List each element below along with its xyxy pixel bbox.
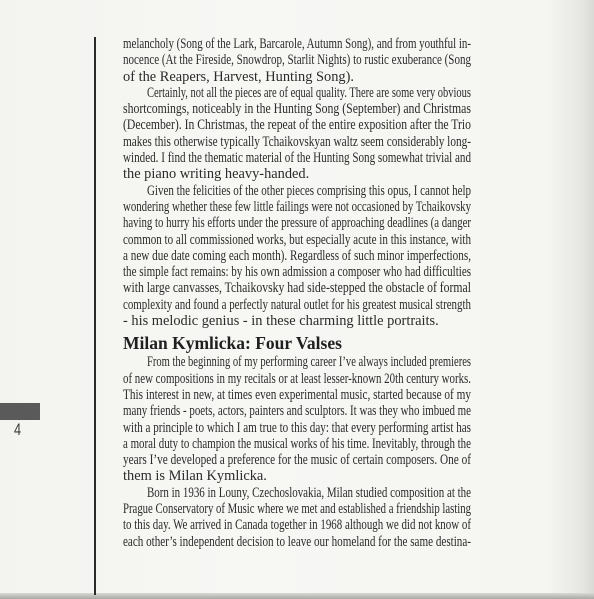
text-line: to this day. We arrived in Canada togeth… xyxy=(123,517,471,533)
text-line: of new compositions in my recitals or at… xyxy=(123,371,471,387)
section-heading: Milan Kymlicka: Four Valses xyxy=(123,333,471,353)
text-line: years I’ve developed a preference for th… xyxy=(123,452,471,468)
paragraph: From the beginning of my performing care… xyxy=(123,354,471,484)
paragraph: melancholy (Song of the Lark, Barcarole,… xyxy=(123,36,471,85)
text-line: makes this otherwise typically Tchaikovs… xyxy=(123,134,471,150)
page-bottom-shadow xyxy=(0,593,594,599)
text-line: - his melodic genius - in these charming… xyxy=(123,313,471,329)
text-line: having to hurry his efforts under the pr… xyxy=(123,215,471,231)
text-line: winded. I find the thematic material of … xyxy=(123,150,471,166)
text-line: common to all commissioned works, but es… xyxy=(123,232,471,248)
text-line: From the beginning of my performing care… xyxy=(123,354,471,370)
text-line: Certainly, not all the pieces are of equ… xyxy=(123,85,471,101)
text-line: many friends - poets, actors, painters a… xyxy=(123,403,471,419)
paragraph: Given the felicities of the other pieces… xyxy=(123,183,471,330)
paragraphs-after-heading: From the beginning of my performing care… xyxy=(123,354,471,550)
text-line: This interest in new, at times even expe… xyxy=(123,387,471,403)
text-line: with a principle to which I am true to t… xyxy=(123,420,471,436)
text-line: complexity and found a perfectly natural… xyxy=(123,297,471,313)
text-line: a moral duty to champion the musical wor… xyxy=(123,436,471,452)
text-line: the piano writing heavy-handed. xyxy=(123,166,471,182)
text-line: shortcomings, noticeably in the Hunting … xyxy=(123,101,471,117)
text-line: Born in 1936 in Louny, Czechoslovakia, M… xyxy=(123,485,471,501)
paragraphs-before-heading: melancholy (Song of the Lark, Barcarole,… xyxy=(123,36,471,329)
text-line: melancholy (Song of the Lark, Barcarole,… xyxy=(123,36,471,52)
margin-vertical-rule xyxy=(94,37,96,595)
text-line: Prague Conservatory of Music where we me… xyxy=(123,501,471,517)
text-line: a new due date coming each month). Regar… xyxy=(123,248,471,264)
page-number: 4 xyxy=(14,420,23,440)
text-line: of the Reapers, Harvest, Hunting Song). xyxy=(123,69,471,85)
text-line: wondering whether these few little faili… xyxy=(123,199,471,215)
paragraph: Certainly, not all the pieces are of equ… xyxy=(123,85,471,183)
text-line: Given the felicities of the other pieces… xyxy=(123,183,471,199)
text-line: them is Milan Kymlicka. xyxy=(123,468,471,484)
paragraph: Born in 1936 in Louny, Czechoslovakia, M… xyxy=(123,485,471,550)
text-line: each other’s independent decision to lea… xyxy=(123,534,471,550)
text-line: with large canvasses, Tchaikovsky had si… xyxy=(123,280,471,296)
text-column: melancholy (Song of the Lark, Barcarole,… xyxy=(123,36,471,550)
text-line: the simple fact remains: by his own admi… xyxy=(123,264,471,280)
section-tab-marker xyxy=(0,403,40,420)
text-line: nocence (At the Fireside, Snowdrop, Star… xyxy=(123,52,471,68)
text-line: (December). In Christmas, the repeat of … xyxy=(123,117,471,133)
